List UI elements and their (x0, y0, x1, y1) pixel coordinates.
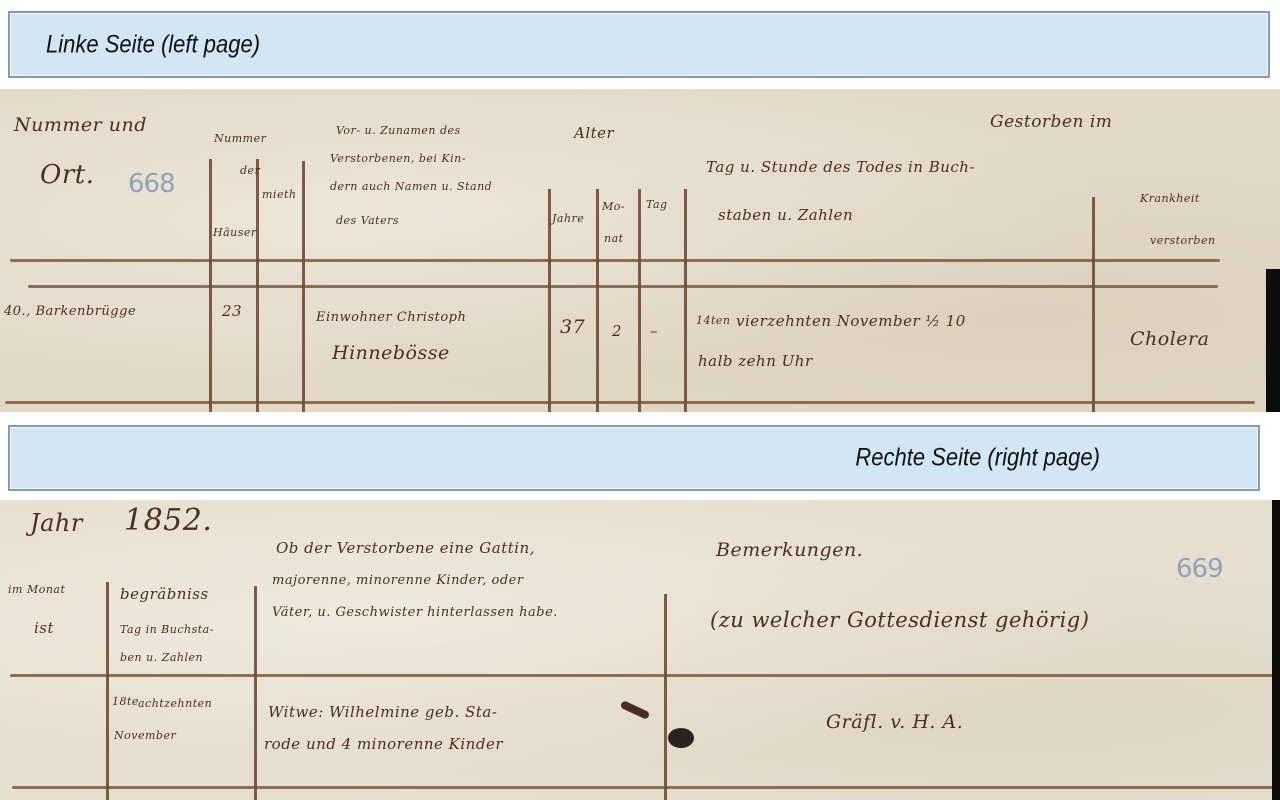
right-page-label: Rechte Seite (right page) (855, 444, 1100, 473)
header-sub-col: mieth (262, 189, 296, 202)
header-year-label: Jahr (30, 510, 83, 538)
right-page-label-bar: Rechte Seite (right page) (8, 425, 1260, 491)
column-divider (638, 189, 641, 412)
row-death-1: vierzehnten November ½ 10 (736, 313, 966, 330)
row-name-2: Hinnebösse (332, 343, 450, 365)
header-death-time-2: staben u. Zahlen (718, 207, 853, 224)
row-bottom-rule (12, 786, 1280, 789)
header-age-months-1: Mo- (602, 201, 625, 214)
header-name-2: Verstorbenen, bei Kin- (330, 153, 466, 166)
header-burial-3: ben u. Zahlen (120, 652, 203, 665)
column-divider (256, 159, 259, 412)
header-remarks-sub: (zu welcher Gottesdienst gehörig) (710, 608, 1089, 632)
row-burial-1: achtzehnten (138, 698, 212, 711)
header-burial-1: begräbniss (120, 586, 209, 603)
header-age-months-2: nat (604, 233, 624, 246)
row-top-rule (28, 285, 1218, 288)
left-page-label-bar: Linke Seite (left page) (8, 11, 1270, 78)
column-divider (684, 189, 687, 412)
row-months: 2 (612, 323, 622, 340)
header-name-1: Vor- u. Zunamen des (336, 125, 461, 138)
row-years: 37 (560, 317, 585, 339)
scan-edge-shadow (1272, 500, 1280, 800)
column-divider (209, 159, 212, 412)
header-name-3: dern auch Namen u. Stand (330, 181, 492, 194)
header-month-1: im Monat (8, 584, 65, 597)
column-divider (1092, 197, 1095, 412)
column-divider (664, 594, 667, 800)
page-number-669: 669 (1176, 554, 1223, 584)
header-disease-1: Krankheit (1140, 193, 1200, 206)
header-house-3: Häuser (213, 227, 257, 240)
header-name-4: des Vaters (336, 215, 399, 228)
ink-smudge (620, 700, 651, 720)
header-survivors-1: Ob der Verstorbene eine Gattin, (276, 540, 535, 557)
row-burial-day: 18te (112, 696, 139, 709)
row-days: – (650, 323, 658, 340)
header-rule (10, 259, 1220, 262)
header-survivors-3: Väter, u. Geschwister hinterlassen habe. (272, 606, 558, 621)
column-divider (254, 586, 257, 800)
row-survivors-1: Witwe: Wilhelmine geb. Sta- (268, 704, 497, 721)
row-bottom-rule (5, 401, 1255, 404)
row-house: 23 (222, 303, 242, 320)
header-year: 1852. (124, 504, 212, 539)
header-number-place-1: Nummer und (14, 115, 147, 137)
header-age: Alter (574, 125, 614, 142)
header-number-place-2: Ort. (40, 161, 94, 191)
header-burial-2: Tag in Buchsta- (120, 624, 214, 637)
row-cause: Cholera (1130, 329, 1209, 351)
ink-blot (668, 728, 694, 748)
scan-edge-shadow (1266, 269, 1280, 412)
column-divider (596, 189, 599, 412)
header-death-time-1: Tag u. Stunde des Todes in Buch- (706, 159, 975, 176)
left-page-label: Linke Seite (left page) (46, 30, 260, 59)
header-rule (10, 674, 1280, 677)
left-page-scan: Nummer und Ort. 668 Nummer der Häuser mi… (0, 89, 1280, 412)
header-survivors-2: majorenne, minorenne Kinder, oder (272, 574, 524, 589)
page-number-668: 668 (128, 169, 175, 199)
row-death-2: halb zehn Uhr (698, 353, 813, 370)
row-remark: Gräfl. v. H. A. (826, 712, 963, 734)
row-burial-2: November (114, 730, 176, 743)
header-remarks-title: Bemerkungen. (716, 540, 863, 562)
row-name-1: Einwohner Christoph (316, 311, 466, 326)
header-age-years: Jahre (552, 213, 584, 226)
header-age-days: Tag (646, 199, 668, 212)
header-house-1: Nummer (214, 133, 266, 146)
row-survivors-2: rode und 4 minorenne Kinder (264, 736, 503, 753)
column-divider (106, 582, 109, 800)
header-house-2: der (240, 165, 260, 178)
row-place: 40., Barkenbrügge (4, 305, 136, 320)
header-month-2: ist (34, 620, 54, 637)
header-disease-2: verstorben (1150, 235, 1216, 248)
header-died-in: Gestorben im (990, 113, 1112, 133)
right-page-scan: Jahr 1852. im Monat ist begräbniss Tag i… (0, 500, 1280, 800)
column-divider (548, 189, 551, 412)
column-divider (302, 161, 305, 412)
row-death-day: 14ten (696, 315, 731, 328)
